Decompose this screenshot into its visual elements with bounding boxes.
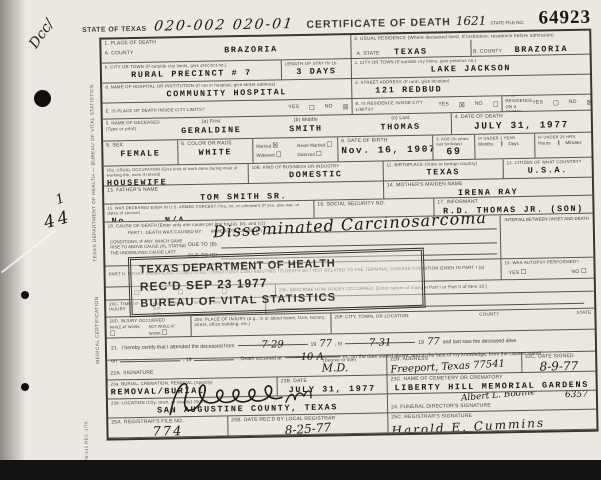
certificate-title: CERTIFICATE OF DEATH	[306, 16, 451, 31]
residence-county-value: BRAZORIA	[514, 44, 568, 55]
residence-state: a. STATE TEXAS	[354, 40, 470, 58]
divorced-option: Divorced ☐	[297, 149, 334, 158]
not-while-at-work-option: NOT WHILE AT WORK ☐	[149, 324, 188, 337]
checkbox-autopsy-yes: ☐	[521, 268, 527, 276]
cell-residence-farm: f. IS RESIDENCE ON A FARM? YES☐ NO☒	[502, 95, 590, 112]
signature-label: 22a. SIGNATURE	[110, 370, 153, 377]
age-label: 9. AGE (In years last birthday)	[436, 136, 471, 147]
date-signed-handwritten: 8-9-77	[525, 359, 592, 372]
cell-autopsy: 19. WAS AUTOPSY PERFORMED? YES ☐ NO ☐	[501, 258, 593, 280]
cell-place-of-death: 1. PLACE OF DEATH a. COUNTY BRAZORIA	[101, 35, 351, 63]
last-name-value: THOMAS	[353, 122, 448, 134]
cell-interval: INTERVAL BETWEEN ONSET AND DEATH	[501, 214, 594, 259]
certify-num: 21.	[111, 345, 119, 351]
autopsy-no-label: NO	[571, 269, 579, 275]
scan-bottom-bar	[0, 460, 601, 480]
residence-state-label: a. STATE	[357, 50, 380, 56]
received-stamp: TEXAS DEPARTMENT OF HEALTH REC'D SEP 23 …	[128, 248, 426, 318]
ssn-label: 16. SOCIAL SECURITY NO.	[317, 200, 430, 208]
cell-place-of-injury: 20e. PLACE OF INJURY (e.g., in or about …	[191, 313, 331, 336]
age-value: 69	[436, 147, 471, 159]
cell-date-of-death: 4. DATE OF DEATH JULY 31, 1977	[452, 111, 591, 135]
yes-label: YES	[288, 104, 299, 110]
checkbox-never-married: ☐	[326, 140, 332, 148]
attended-from-year: 77	[319, 338, 332, 349]
place-county-value: BRAZORIA	[154, 43, 347, 57]
serial-number: 64923	[538, 7, 591, 30]
cell-under-1-year: IF UNDER 1 YEAR Months Days	[475, 134, 535, 159]
injury-state-label: STATE	[534, 310, 591, 329]
cell-physician-address: 22b. ADDRESS Freeport, Texas 77541	[387, 353, 522, 374]
cell-citizen: 12. CITIZEN OF WHAT COUNTRY? U.S.A.	[504, 158, 592, 179]
document-tilt-wrapper: TEXAS DEPARTMENT OF HEALTH — BUREAU OF V…	[0, 0, 601, 480]
checkbox-farm-no: ☒	[587, 98, 591, 106]
county-label: a. COUNTY	[105, 50, 155, 57]
race-value: WHITE	[181, 147, 249, 158]
hours-label: Hours	[538, 140, 550, 145]
date-of-death-value: JULY 31, 1977	[455, 119, 588, 132]
under-24-hrs-label: IF UNDER 24 HRS.	[538, 134, 588, 140]
no-label: NO	[569, 99, 577, 105]
state-of-texas-label: STATE OF TEXAS	[82, 26, 147, 34]
attended-to-year: 77	[427, 336, 440, 347]
attended-from-date: 7-29	[261, 339, 284, 350]
cell-cemetery: 23c. NAME OF CEMETERY OR CREMATORY LIBER…	[387, 372, 595, 394]
cell-sex: 5. SEX FEMALE	[103, 140, 178, 165]
widowed-option: Widowed ☐	[256, 150, 293, 159]
cell-age: 9. AGE (In years last birthday) 69	[433, 135, 475, 160]
cell-marital-status: Married ☒ Never Married ☐ Widowed ☐ Divo…	[253, 137, 338, 163]
yes-label: YES	[532, 100, 543, 106]
race-label: 6. COLOR OR RACE	[181, 140, 249, 147]
last-name-col: (c) Last THOMAS	[353, 114, 448, 135]
name-of-deceased-label: 3. NAME OF DECEASED (Type or print)	[106, 119, 164, 139]
cell-length-of-stay: LENGTH OF STAY IN 1b. 3 DAYS	[282, 59, 352, 79]
cell-under-24-hrs: IF UNDER 24 HRS. Hours Minutes	[535, 133, 591, 158]
injury-county-label: COUNTY	[444, 311, 534, 331]
months-label: Months	[478, 141, 493, 146]
middle-name-col: (b) Middle SMITH	[258, 116, 353, 137]
cell-occupation: 10a. USUAL OCCUPATION (Give kind of work…	[104, 164, 249, 186]
middle-name-value: SMITH	[259, 123, 354, 135]
armed-forces-value: No	[112, 216, 126, 221]
cell-date-of-birth: 8. DATE OF BIRTH Nov. 16, 1907	[338, 136, 433, 162]
cell-funeral-director: 24. FUNERAL DIRECTOR'S SIGNATURE Albert …	[388, 391, 596, 413]
funeral-director-label: 24. FUNERAL DIRECTOR'S SIGNATURE	[391, 403, 491, 411]
funeral-director-signature: Albert L. Bodine	[461, 391, 536, 404]
checkbox-while-at-work: ☐	[110, 330, 116, 338]
place-of-injury-label: 20e. PLACE OF INJURY (e.g., in or about …	[194, 315, 327, 328]
certificate-form: 1. PLACE OF DEATH a. COUNTY BRAZORIA 2. …	[99, 29, 598, 441]
while-at-work-option: WHILE AT WORK ☐	[110, 325, 141, 337]
cell-residence-city-limits: e. IS RESIDENCE INSIDE CITY LIMITS? YES☒…	[352, 96, 502, 114]
due-to-b-label: DUE TO (b)	[188, 242, 217, 249]
state-file-no-label: STATE FILE NO.	[490, 20, 524, 26]
checkbox-divorced: ☐	[316, 150, 322, 158]
first-name-col: (a) First GERALDINE	[164, 118, 259, 139]
checkbox-not-while-at-work: ☐	[162, 329, 168, 337]
scanned-death-certificate: { "colors": {"paper":"#ebe8e1","ink":"#1…	[0, 0, 601, 480]
checkbox-res-limits-no: ☐	[493, 100, 499, 108]
residence-farm-label: f. IS RESIDENCE ON A FARM?	[505, 95, 532, 112]
death-city-limits-label: e. IS PLACE OF DEATH INSIDE CITY LIMITS?	[106, 107, 205, 114]
autopsy-label: 19. WAS AUTOPSY PERFORMED?	[504, 259, 590, 266]
sex-label: 5. SEX	[106, 141, 174, 148]
sex-value: FEMALE	[106, 149, 174, 160]
handwritten-district-code: 020-002 020-01	[154, 16, 296, 35]
injury-city-label: 20f. CITY, TOWN, OR LOCATION	[334, 312, 444, 332]
no-label: NO	[325, 104, 333, 110]
days-label: Days	[501, 141, 519, 146]
cell-race: 6. COLOR OR RACE WHITE	[178, 139, 253, 164]
place-city-value: RURAL PRECINCT # 7	[105, 68, 278, 81]
attended-to-date: 7-31	[369, 337, 392, 348]
interval-label: INTERVAL BETWEEN ONSET AND DEATH	[504, 216, 590, 223]
citizen-value: U.S.A.	[507, 165, 589, 177]
vertical-agency-label: TEXAS DEPARTMENT OF HEALTH — BUREAU OF V…	[90, 92, 98, 262]
birthplace-value: TEXAS	[387, 167, 500, 179]
cell-industry: 10b. KIND OF BUSINESS OR INDUSTRY DOMEST…	[249, 161, 384, 182]
funeral-director-number: 6357	[565, 391, 588, 401]
industry-value: DOMESTIC	[252, 169, 380, 181]
physician-signature-scrawl	[157, 371, 338, 420]
residence-state-value: TEXAS	[394, 46, 428, 57]
certify-text-1: I hereby certify that I attended the dec…	[121, 343, 234, 351]
checkbox-death-limits-no: ☒	[343, 103, 349, 111]
handwritten-file-number: 1621	[456, 14, 487, 29]
cell-ssn: 16. SOCIAL SECURITY NO.	[314, 199, 434, 218]
under-1-year-label: IF UNDER 1 YEAR	[478, 135, 531, 141]
first-name-value: GERALDINE	[164, 125, 259, 137]
checkbox-res-limits-yes: ☒	[459, 100, 465, 108]
married-option: Married ☒	[256, 141, 293, 150]
residence-city-limits-label: e. IS RESIDENCE INSIDE CITY LIMITS?	[355, 100, 438, 112]
checkbox-married: ☒	[272, 141, 278, 149]
minutes-label: Minutes	[558, 140, 581, 145]
checkbox-death-limits-yes: ☐	[309, 103, 315, 111]
checkbox-farm-yes: ☐	[553, 99, 559, 107]
vertical-medical-certification-label: MEDICAL CERTIFICATION	[94, 264, 101, 364]
registrar-file-handwritten: 774	[111, 424, 224, 438]
form-number: VS-112 REV. 1/76	[83, 402, 89, 462]
part1-label: PART I. DEATH WAS CAUSED BY:	[128, 229, 203, 236]
checkbox-widowed: ☐	[276, 150, 282, 158]
length-of-stay-value: 3 DAYS	[285, 66, 348, 77]
autopsy-yes-label: YES	[509, 270, 520, 276]
checkbox-autopsy-no: ☐	[581, 267, 587, 275]
cell-usual-residence: 2. USUAL RESIDENCE (Where deceased lived…	[351, 31, 589, 58]
no-label: NO	[475, 101, 483, 107]
date-of-birth-value: Nov. 16, 1907	[341, 144, 429, 157]
cell-birthplace: 11. BIRTHPLACE (State or foreign country…	[384, 159, 504, 180]
cell-injury-occurred: 20d. INJURY OCCURRED WHILE AT WORK ☐ NOT…	[106, 316, 191, 338]
injury-occurred-label: 20d. INJURY OCCURRED	[109, 317, 187, 324]
yes-label: YES	[438, 102, 449, 108]
cell-informant: 17. INFORMANT R.D. THOMAS JR. (SON)	[434, 196, 592, 216]
cell-place-city: b. CITY OR TOWN (If outside city limits,…	[102, 60, 282, 82]
cell-date-signed: 22c. DATE SIGNED 8-9-77	[522, 352, 595, 372]
residence-county-label: b. COUNTY	[473, 48, 502, 55]
never-married-option: Never Married ☐	[297, 140, 334, 149]
certify-text-2: and last saw the deceased alive	[443, 338, 517, 345]
cell-registrar-signature: 25c. REGISTRAR'S SIGNATURE Harold E. Cum…	[388, 410, 596, 433]
